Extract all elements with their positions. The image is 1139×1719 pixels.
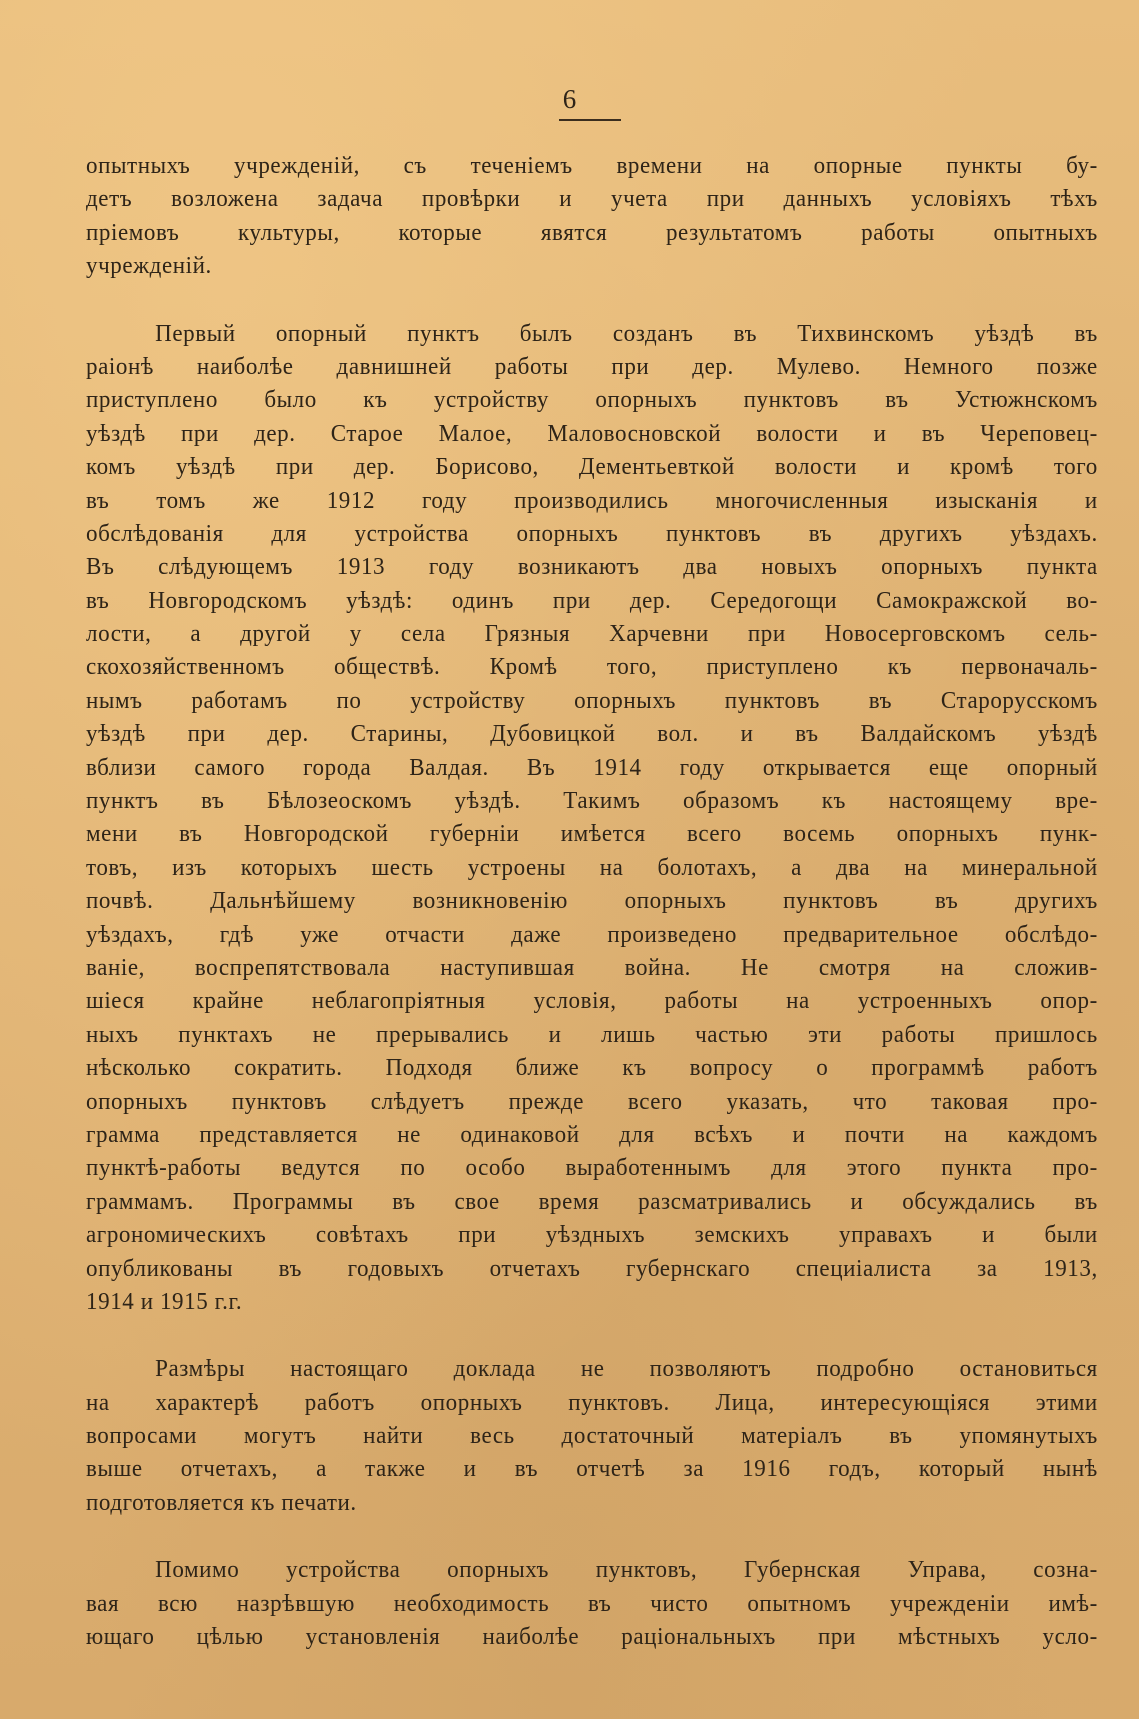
text-line: нымъ работамъ по устройству опорныхъ пун… <box>86 685 1098 718</box>
text-line: вая всю назрѣвшую необходимость въ чисто… <box>86 1588 1098 1621</box>
text-line: Первый опорный пунктъ былъ созданъ въ Ти… <box>86 318 1098 351</box>
text-line: товъ, изъ которыхъ шесть устроены на бол… <box>86 852 1098 885</box>
text-line: Помимо устройства опорныхъ пунктовъ, Губ… <box>86 1554 1098 1587</box>
text-line: уѣздѣ при дер. Старины, Дубовицкой вол. … <box>86 718 1098 751</box>
text-line: опубликованы въ годовыхъ отчетахъ губерн… <box>86 1253 1098 1286</box>
text-line: скохозяйственномъ обществѣ. Кромѣ того, … <box>86 651 1098 684</box>
text-line: приступлено было къ устройству опорныхъ … <box>86 384 1098 417</box>
text-line: граммамъ. Программы въ свое время разсма… <box>86 1186 1098 1219</box>
text-line: вопросами могутъ найти весь достаточный … <box>86 1420 1098 1453</box>
text-line: детъ возложена задача провѣрки и учета п… <box>86 183 1098 216</box>
text-line: вблизи самого города Валдая. Въ 1914 год… <box>86 752 1098 785</box>
body-text: опытныхъ учрежденій, съ теченіемъ времен… <box>86 150 1058 1654</box>
text-line: учрежденій. <box>86 250 1098 283</box>
text-line: въ томъ же 1912 году производились много… <box>86 485 1098 518</box>
text-line: грамма представляется не одинаковой для … <box>86 1119 1098 1152</box>
page-number: 6 <box>0 84 1139 115</box>
text-line: 1914 и 1915 г.г. <box>86 1286 1098 1319</box>
text-line: нѣсколько сократить. Подходя ближе къ во… <box>86 1052 1098 1085</box>
paragraph-3: Размѣры настоящаго доклада не позволяютъ… <box>86 1353 1058 1520</box>
text-line: пріемовъ культуры, которые явятся резуль… <box>86 217 1098 250</box>
text-line: почвѣ. Дальнѣйшему возникновенію опорных… <box>86 885 1098 918</box>
text-line: шіеся крайне неблагопріятныя условія, ра… <box>86 985 1098 1018</box>
paragraph-2: Первый опорный пунктъ былъ созданъ въ Ти… <box>86 318 1058 1320</box>
paragraph-4: Помимо устройства опорныхъ пунктовъ, Губ… <box>86 1554 1058 1654</box>
text-line: ныхъ пунктахъ не прерывались и лишь част… <box>86 1019 1098 1052</box>
page-number-rule <box>559 119 621 121</box>
text-line: на характерѣ работъ опорныхъ пунктовъ. Л… <box>86 1387 1098 1420</box>
text-line: пунктѣ-работы ведутся по особо выработен… <box>86 1152 1098 1185</box>
text-line: мени въ Новгородской губерніи имѣется вс… <box>86 818 1098 851</box>
text-line: агрономическихъ совѣтахъ при уѣздныхъ зе… <box>86 1219 1098 1252</box>
text-line: Въ слѣдующемъ 1913 году возникаютъ два н… <box>86 551 1098 584</box>
text-line: комъ уѣздѣ при дер. Борисово, Дементьевт… <box>86 451 1098 484</box>
text-line: раіонѣ наиболѣе давнишней работы при дер… <box>86 351 1098 384</box>
text-line: опорныхъ пунктовъ слѣдуетъ прежде всего … <box>86 1086 1098 1119</box>
text-line: уѣздѣ при дер. Старое Малое, Маловосновс… <box>86 418 1098 451</box>
text-line: лости, а другой у села Грязныя Харчевни … <box>86 618 1098 651</box>
text-line: ющаго цѣлью установленія наиболѣе раціон… <box>86 1621 1098 1654</box>
text-line: обслѣдованія для устройства опорныхъ пун… <box>86 518 1098 551</box>
document-page: 6 опытныхъ учрежденій, съ теченіемъ врем… <box>0 0 1139 1719</box>
text-line: выше отчетахъ, а также и въ отчетѣ за 19… <box>86 1453 1098 1486</box>
text-line: пунктъ въ Бѣлозеоскомъ уѣздѣ. Такимъ обр… <box>86 785 1098 818</box>
text-line: опытныхъ учрежденій, съ теченіемъ времен… <box>86 150 1098 183</box>
text-line: ваніе, воспрепятствовала наступившая вой… <box>86 952 1098 985</box>
text-line: въ Новгородскомъ уѣздѣ: одинъ при дер. С… <box>86 585 1098 618</box>
text-line: Размѣры настоящаго доклада не позволяютъ… <box>86 1353 1098 1386</box>
text-line: подготовляется къ печати. <box>86 1487 1098 1520</box>
text-line: уѣздахъ, гдѣ уже отчасти даже произведен… <box>86 919 1098 952</box>
paragraph-1: опытныхъ учрежденій, съ теченіемъ времен… <box>86 150 1058 284</box>
